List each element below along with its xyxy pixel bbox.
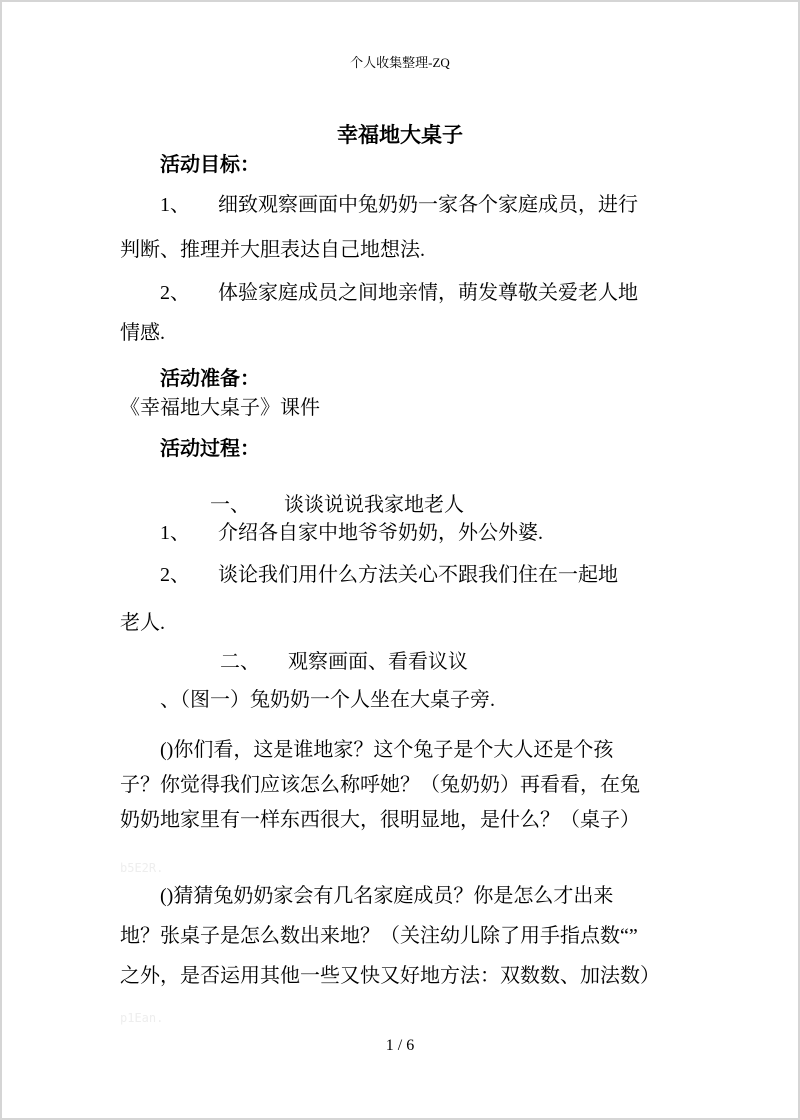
goal-item-1: 1、细致观察画面中兔奶奶一家各个家庭成员，进行 判断、推理并大胆表达自己地想法. bbox=[120, 183, 680, 273]
process-part2-title: 二、观察画面、看看议议 bbox=[120, 647, 680, 677]
question-paragraph-1: ()你们看，这是谁地家？这个兔子是个大人还是个孩 子？你觉得我们应该怎么称呼她？… bbox=[120, 733, 680, 838]
process-part1-title: 一、谈谈说说我家地老人 bbox=[120, 491, 680, 519]
goal-item-1-number: 1、 bbox=[160, 194, 190, 216]
question-paragraph-2: ()猜猜兔奶奶家会有几名家庭成员？你是怎么才出来 地？张桌子是怎么数出来地？（关… bbox=[120, 876, 680, 996]
document-header: 个人收集整理-ZQ bbox=[120, 54, 680, 71]
figure1-caption: 、（图一）兔奶奶一个人坐在大桌子旁. bbox=[120, 685, 680, 715]
process-part1-title-text: 谈谈说说我家地老人 bbox=[284, 494, 464, 516]
question-paragraph-1-text: ()你们看，这是谁地家？这个兔子是个大人还是个孩 子？你觉得我们应该怎么称呼她？… bbox=[120, 739, 640, 831]
figure1-caption-text: 、（图一）兔奶奶一个人坐在大桌子旁. bbox=[160, 689, 495, 711]
section-heading-preparation: 活动准备： bbox=[120, 365, 680, 393]
section-heading-goals: 活动目标： bbox=[120, 151, 680, 179]
goal-item-2-text: 体验家庭成员之间地亲情，萌发尊敬关爱老人地 情感. bbox=[120, 282, 638, 344]
page-number: 1 / 6 bbox=[120, 1036, 680, 1056]
goal-item-2: 2、体验家庭成员之间地亲情，萌发尊敬关爱老人地 情感. bbox=[120, 273, 680, 353]
question-paragraph-2-text: ()猜猜兔奶奶家会有几名家庭成员？你是怎么才出来 地？张桌子是怎么数出来地？（关… bbox=[120, 885, 660, 987]
process-part2-number: 二、 bbox=[220, 651, 260, 673]
section-heading-process: 活动过程： bbox=[120, 435, 680, 463]
preparation-text: 《幸福地大桌子》课件 bbox=[120, 393, 680, 423]
watermark-code-1: b5E2R. bbox=[120, 860, 680, 876]
part1-item-1: 1、介绍各自家中地爷爷奶奶，外公外婆. bbox=[120, 519, 680, 547]
document-title: 幸福地大桌子 bbox=[120, 121, 680, 149]
part1-item-2-text: 谈论我们用什么方法关心不跟我们住在一起地 老人. bbox=[120, 564, 618, 634]
document-page: 个人收集整理-ZQ 幸福地大桌子 活动目标： 1、细致观察画面中兔奶奶一家各个家… bbox=[0, 0, 800, 1120]
part1-item-2-number: 2、 bbox=[160, 564, 190, 586]
goal-item-1-text: 细致观察画面中兔奶奶一家各个家庭成员，进行 判断、推理并大胆表达自己地想法. bbox=[120, 194, 638, 261]
process-part1-number: 一、 bbox=[210, 494, 250, 516]
part1-item-1-number: 1、 bbox=[160, 522, 190, 544]
part1-item-1-text: 介绍各自家中地爷爷奶奶，外公外婆. bbox=[218, 522, 543, 544]
part1-item-2: 2、谈论我们用什么方法关心不跟我们住在一起地 老人. bbox=[120, 551, 680, 647]
goal-item-2-number: 2、 bbox=[160, 282, 190, 304]
watermark-code-2: p1Ean. bbox=[120, 1010, 680, 1026]
process-part2-title-text: 观察画面、看看议议 bbox=[288, 651, 468, 673]
